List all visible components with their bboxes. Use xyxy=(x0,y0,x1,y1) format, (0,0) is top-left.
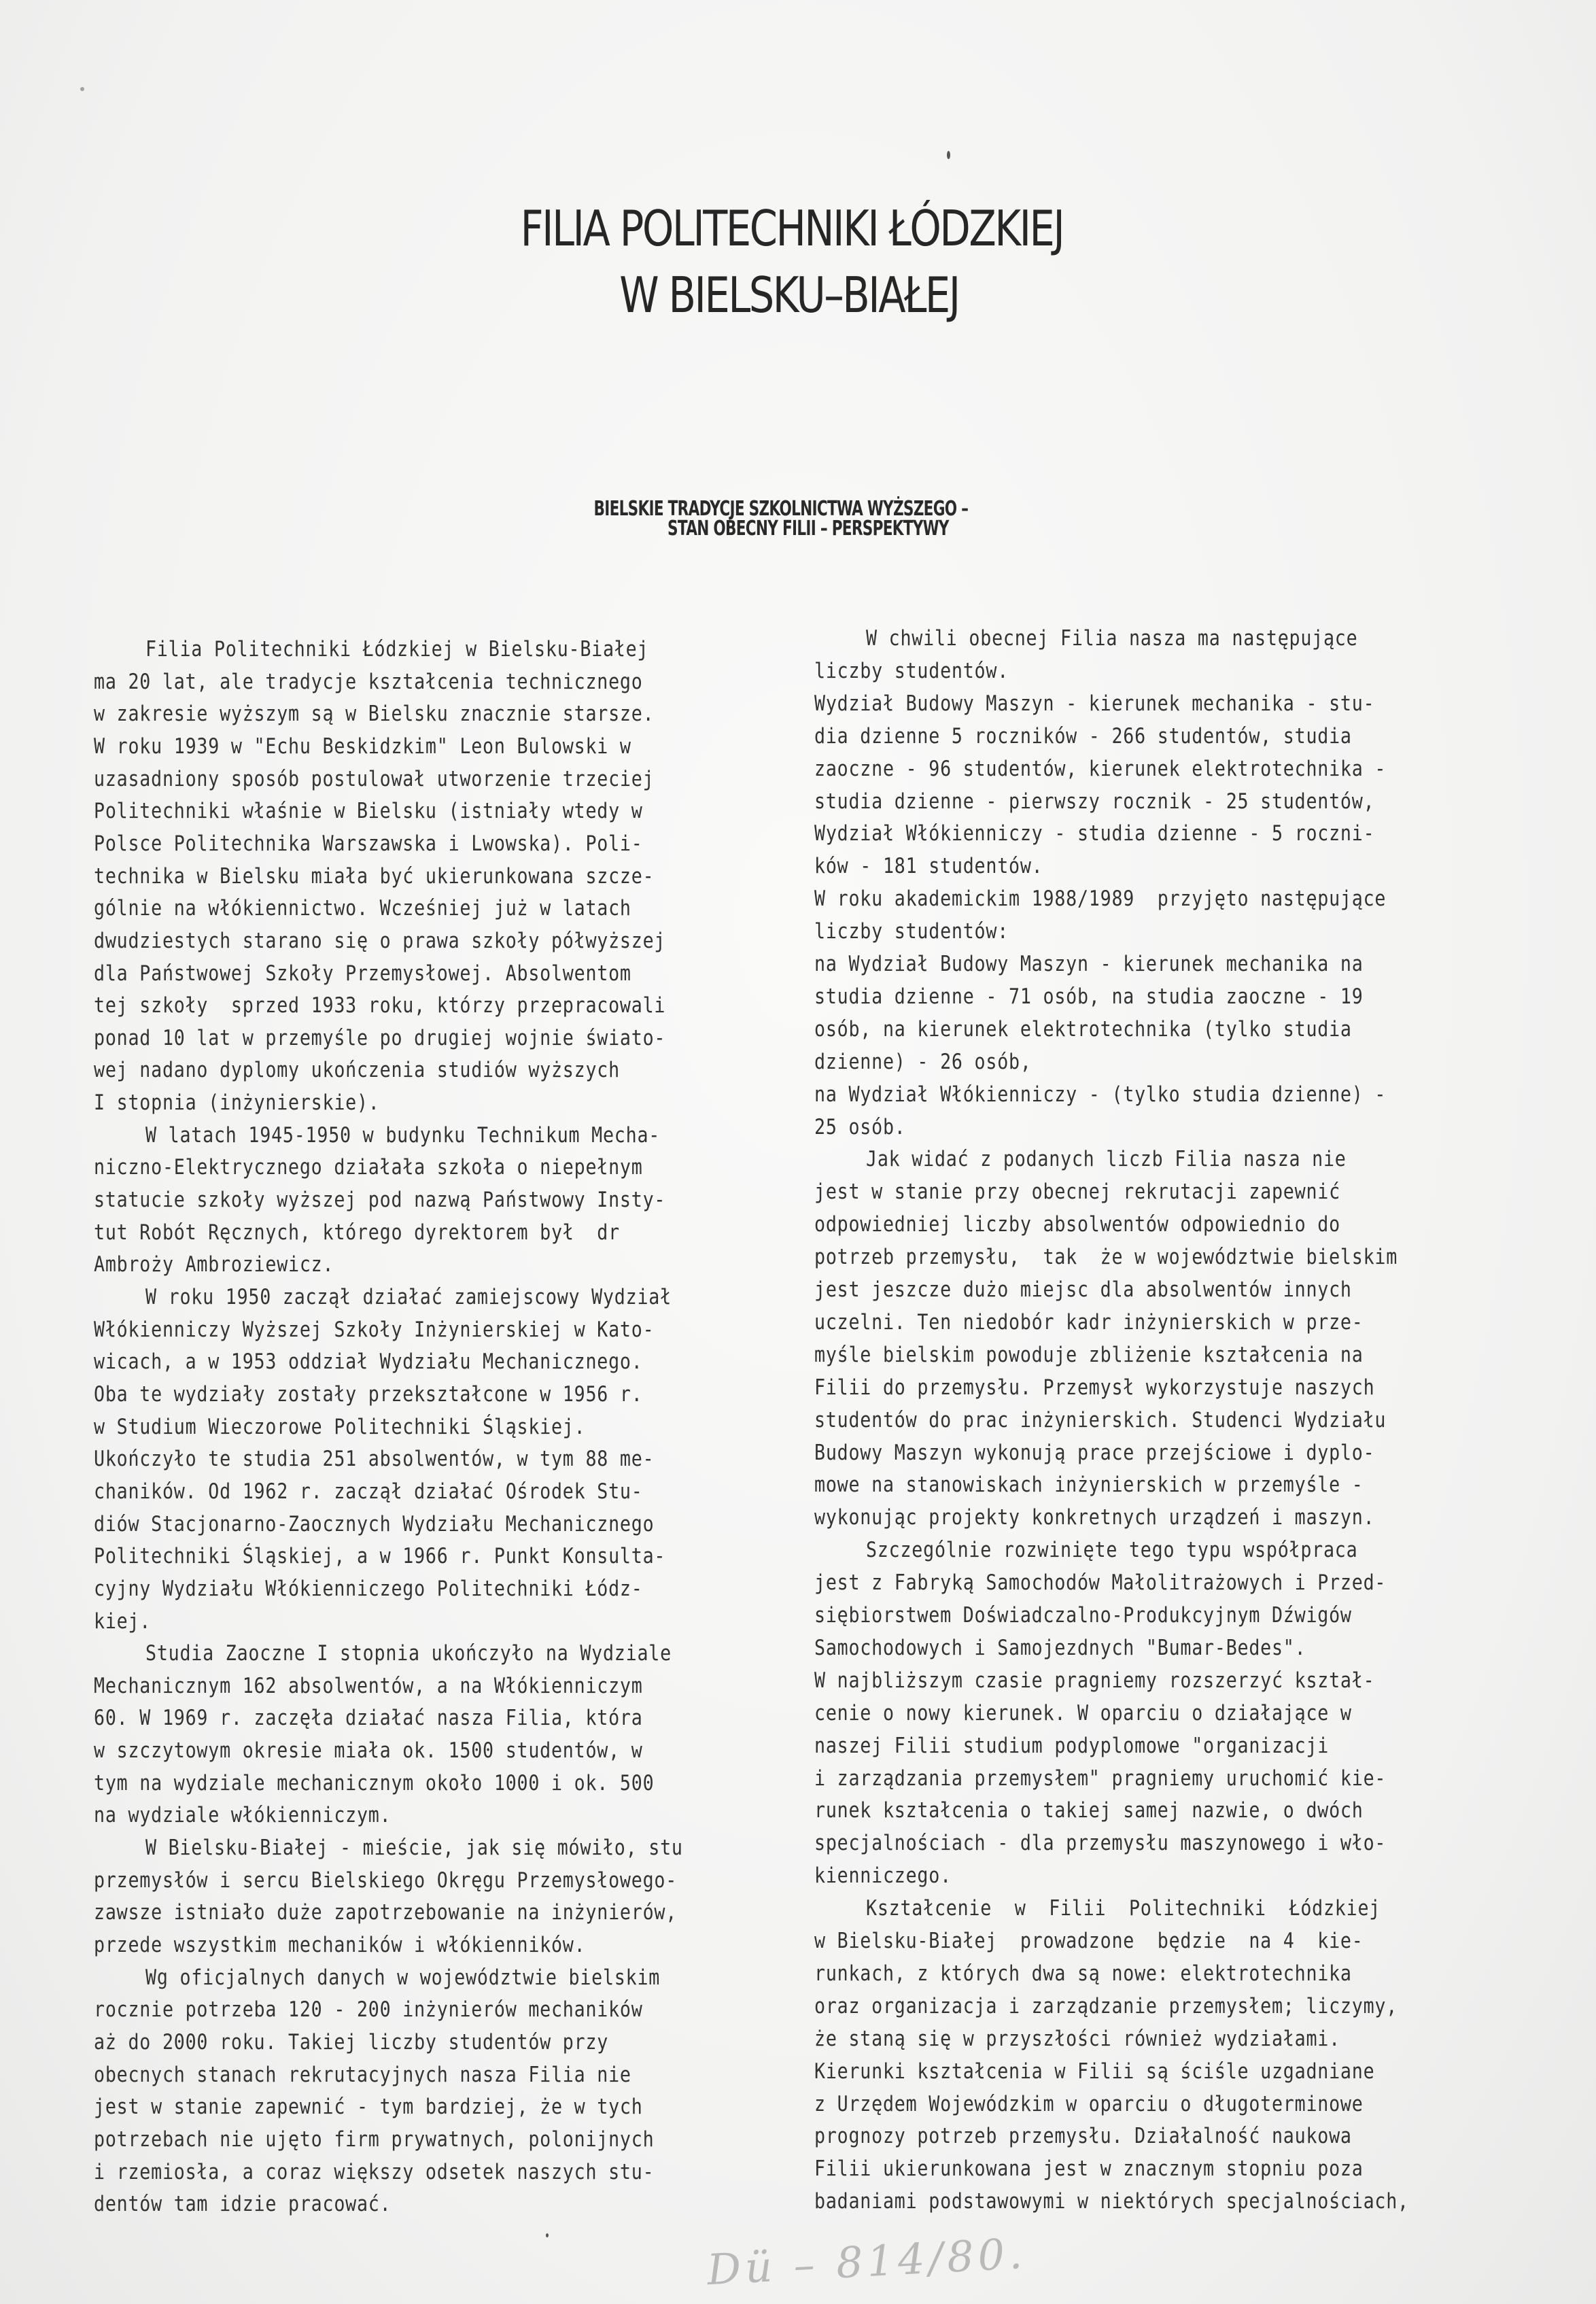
text-line: Ambroży Ambroziewicz. xyxy=(94,1254,334,1275)
text-line: aż do 2000 roku. Takiej liczby studentów… xyxy=(94,2032,608,2053)
text-line: Kierunki kształcenia w Filii są ściśle u… xyxy=(814,2061,1374,2082)
text-line: liczby studentów: xyxy=(814,921,1009,942)
text-line: i zarządzania przemysłem" pragniemy uruc… xyxy=(814,1768,1386,1789)
document-title-line-1: FILIA POLITECHNIKI ŁÓDZKIEJ xyxy=(137,204,1446,253)
text-line: W najbliższym czasie pragniemy rozszerzy… xyxy=(814,1670,1374,1691)
text-line: w Bielsku-Białej prowadzone będzie na 4 … xyxy=(814,1931,1364,1952)
text-line: na wydziale włókienniczym. xyxy=(94,1805,391,1826)
text-line: W roku 1950 zaczął działać zamiejscowy W… xyxy=(145,1287,672,1308)
text-line: 60. W 1969 r. zaczęła działać nasza Fili… xyxy=(94,1708,643,1729)
text-line: oraz organizacja i zarządzanie przemysłe… xyxy=(814,1996,1398,2017)
text-line: potrzebach nie ujęto firm prywatnych, po… xyxy=(94,2129,654,2150)
text-line: Filii do przemysłu. Przemysł wykorzystuj… xyxy=(814,1377,1374,1398)
text-line: siębiorstwem Doświadczalno-Produkcyjnym … xyxy=(814,1605,1352,1626)
document-title-line-2: W BIELSKU–BIAŁEJ xyxy=(135,271,1443,320)
text-line: jest w stanie zapewnić - tym bardziej, ż… xyxy=(94,2097,643,2118)
text-line: runkach, z których dwa są nowe: elektrot… xyxy=(814,1963,1352,1984)
text-line: studentów do prac inżynierskich. Studenc… xyxy=(814,1410,1386,1431)
handwritten-archive-annotation: Dü – 814/80. xyxy=(706,2229,1027,2294)
text-line: mowe na stanowiskach inżynierskich w prz… xyxy=(814,1475,1364,1496)
text-line: wej nadano dyplomy ukończenia studiów wy… xyxy=(94,1060,620,1081)
text-line: odpowiedniej liczby absolwentów odpowied… xyxy=(814,1214,1340,1235)
text-line: zaoczne - 96 studentów, kierunek elektro… xyxy=(814,759,1386,780)
text-line: Wydział Budowy Maszyn - kierunek mechani… xyxy=(814,693,1374,715)
text-line: że staną się w przyszłości również wydzi… xyxy=(814,2029,1340,2050)
text-line: cenie o nowy kierunek. W oparciu o dział… xyxy=(814,1703,1352,1724)
text-line: W roku 1939 w "Echu Beskidzkim" Leon Bul… xyxy=(94,736,631,757)
text-line: ma 20 lat, ale tradycje kształcenia tech… xyxy=(94,672,643,693)
text-line: tej szkoły sprzed 1933 roku, którzy prze… xyxy=(94,995,665,1016)
text-line: osób, na kierunek elektrotechnika (tylko… xyxy=(814,1019,1352,1040)
text-line: niczno-Elektrycznego działała szkoła o n… xyxy=(94,1157,643,1178)
text-line: Szczególnie rozwinięte tego typu współpr… xyxy=(866,1540,1357,1561)
text-line: badaniami podstawowymi w niektórych spec… xyxy=(814,2191,1409,2212)
text-line: 25 osób. xyxy=(814,1117,906,1138)
text-line: ponad 10 lat w przemyśle po drugiej wojn… xyxy=(94,1028,665,1049)
text-line: studia dzienne - pierwszy rocznik - 25 s… xyxy=(814,791,1374,812)
text-line: kienniczego. xyxy=(814,1865,952,1887)
text-line: Filia Politechniki Łódzkiej w Bielsku-Bi… xyxy=(145,639,648,660)
text-line: Kształcenie w Filii Politechniki Łódzkie… xyxy=(866,1898,1381,1919)
text-line: myśle bielskim powoduje zbliżenie kształ… xyxy=(814,1345,1364,1366)
text-line: W Bielsku-Białej - mieście, jak się mówi… xyxy=(145,1838,683,1859)
text-line: w szczytowym okresie miała ok. 1500 stud… xyxy=(94,1740,643,1761)
scan-speck xyxy=(546,2233,549,2237)
text-line: wicach, a w 1953 oddział Wydziału Mechan… xyxy=(94,1352,643,1373)
text-line: zawsze istniało duże zapotrzebowanie na … xyxy=(94,1902,677,1923)
text-line: Filii ukierunkowana jest w znacznym stop… xyxy=(814,2159,1364,2180)
text-line: jest jeszcze dużo miejsc dla absolwentów… xyxy=(814,1279,1352,1301)
text-line: kiej. xyxy=(94,1611,151,1632)
text-line: uczelni. Ten niedobór kadr inżynierskich… xyxy=(814,1312,1364,1333)
text-line: chaników. Od 1962 r. zaczął działać Ośro… xyxy=(94,1481,643,1502)
document-subtitle-line-2: STAN OBECNY FILII – PERSPEKTYWY xyxy=(234,519,1383,539)
text-line: Ukończyło te studia 251 absolwentów, w t… xyxy=(94,1449,654,1470)
text-line: dia dzienne 5 roczników - 266 studentów,… xyxy=(814,726,1352,747)
text-line: tut Robót Ręcznych, którego dyrektorem b… xyxy=(94,1222,620,1243)
text-line: uzasadniony sposób postulował utworzenie… xyxy=(94,769,654,790)
text-line: statucie szkoły wyższej pod nazwą Państw… xyxy=(94,1190,665,1211)
text-line: Wg oficjalnych danych w województwie bie… xyxy=(145,1967,660,1989)
text-line: prognozy potrzeb przemysłu. Działalność … xyxy=(814,2126,1352,2147)
text-line: Mechanicznym 162 absolwentów, a na Włóki… xyxy=(94,1676,643,1697)
text-line: naszej Filii studium podyplomowe "organi… xyxy=(814,1736,1329,1757)
text-line: w zakresie wyższym są w Bielsku znacznie… xyxy=(94,704,654,725)
text-line: wykonując projekty konkretnych urządzeń … xyxy=(814,1507,1374,1528)
text-line: dla Państwowej Szkoły Przemysłowej. Abso… xyxy=(94,963,631,984)
text-line: i rzemiosła, a coraz większy odsetek nas… xyxy=(94,2162,654,2183)
text-line: specjalnościach - dla przemysłu maszynow… xyxy=(814,1833,1386,1854)
text-line: liczby studentów. xyxy=(814,661,1009,682)
scan-speck xyxy=(80,87,84,91)
text-line: jest z Fabryką Samochodów Małolitrażowyc… xyxy=(814,1572,1386,1594)
text-line: na Wydział Budowy Maszyn - kierunek mech… xyxy=(814,954,1364,975)
text-line: runek kształcenia o takiej samej nazwie,… xyxy=(814,1800,1364,1821)
text-line: Studia Zaoczne I stopnia ukończyło na Wy… xyxy=(145,1643,672,1664)
text-line: jest w stanie przy obecnej rekrutacji za… xyxy=(814,1182,1340,1203)
text-line: W roku akademickim 1988/1989 przyjęto na… xyxy=(814,889,1386,910)
text-line: Samochodowych i Samojezdnych "Bumar-Bede… xyxy=(814,1638,1306,1659)
text-line: Budowy Maszyn wykonują prace przejściowe… xyxy=(814,1443,1374,1464)
text-line: przede wszystkim mechaników i włókiennik… xyxy=(94,1935,585,1956)
text-line: obecnych stanach rekrutacyjnych nasza Fi… xyxy=(94,2065,631,2086)
text-line: I stopnia (inżynierskie). xyxy=(94,1093,380,1114)
scan-speck xyxy=(947,151,950,159)
text-line: dwudziestych starano się o prawa szkoły … xyxy=(94,931,665,952)
text-line: na Wydział Włókienniczy - (tylko studia … xyxy=(814,1084,1386,1105)
text-line: przemysłów i sercu Bielskiego Okręgu Prz… xyxy=(94,1870,677,1891)
text-line: tym na wydziale mechanicznym około 1000 … xyxy=(94,1773,654,1794)
text-line: studia dzienne - 71 osób, na studia zaoc… xyxy=(814,986,1364,1008)
text-line: technika w Bielsku miała być ukierunkowa… xyxy=(94,866,654,887)
text-line: Politechniki właśnie w Bielsku (istniały… xyxy=(94,801,643,822)
text-line: Jak widać z podanych liczb Filia nasza n… xyxy=(866,1149,1347,1170)
text-line: W latach 1945-1950 w budynku Technikum M… xyxy=(145,1125,660,1146)
text-line: Politechniki Śląskiej, a w 1966 r. Punkt… xyxy=(94,1546,665,1567)
text-line: potrzeb przemysłu, tak że w województwie… xyxy=(814,1247,1398,1268)
text-line: ków - 181 studentów. xyxy=(814,856,1043,877)
text-line: dentów tam idzie pracować. xyxy=(94,2194,391,2215)
text-line: Włókienniczy Wyższej Szkoły Inżynierskie… xyxy=(94,1320,654,1341)
text-line: dzienne) - 26 osób, xyxy=(814,1052,1032,1073)
text-line: W chwili obecnej Filia nasza ma następuj… xyxy=(866,628,1357,649)
text-line: Wydział Włókienniczy - studia dzienne - … xyxy=(814,823,1374,844)
text-line: Polsce Politechnika Warszawska i Lwowska… xyxy=(94,833,643,855)
text-line: Oba te wydziały zostały przekształcone w… xyxy=(94,1384,643,1405)
text-line: rocznie potrzeba 120 - 200 inżynierów me… xyxy=(94,1999,643,2021)
text-line: gólnie na włókiennictwo. Wcześniej już w… xyxy=(94,898,631,919)
text-line: w Studium Wieczorowe Politechniki Śląski… xyxy=(94,1417,585,1438)
text-line: cyjny Wydziału Włókienniczego Politechni… xyxy=(94,1579,643,1600)
text-line: z Urzędem Wojewódzkim w oparciu o długot… xyxy=(814,2094,1364,2115)
text-line: diów Stacjonarno-Zaocznych Wydziału Mech… xyxy=(94,1514,654,1535)
